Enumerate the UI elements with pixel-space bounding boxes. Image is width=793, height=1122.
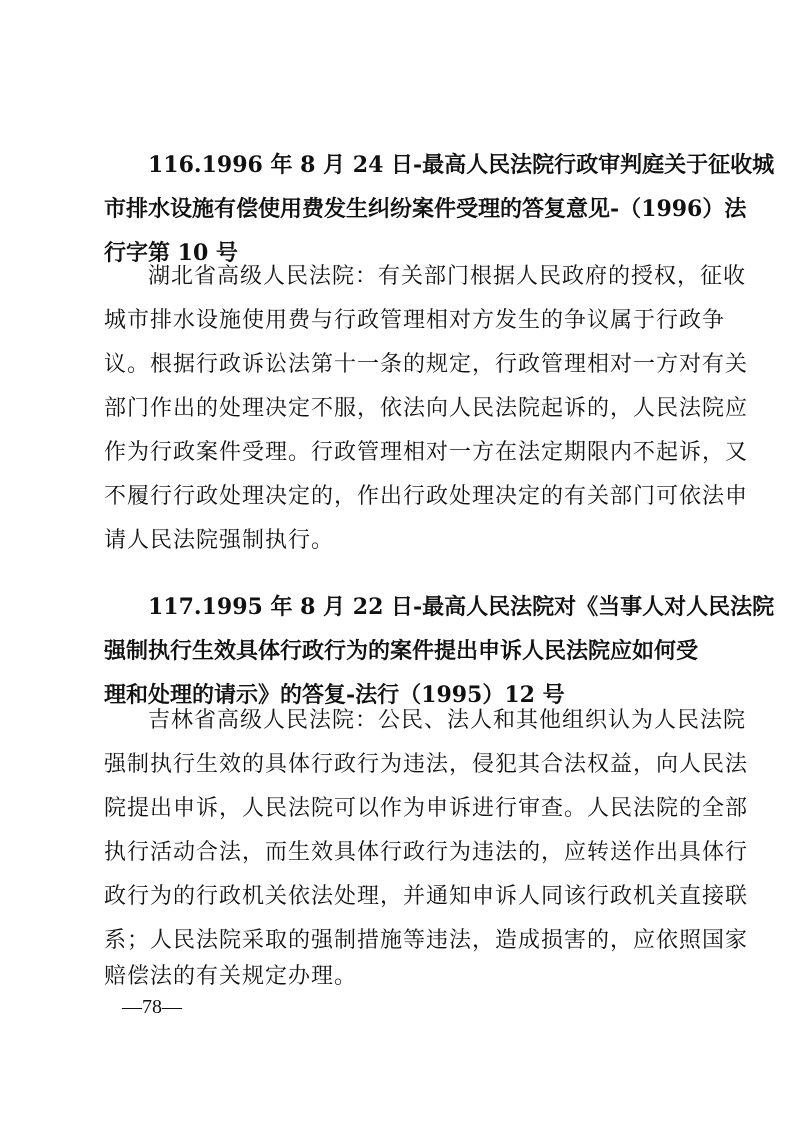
- section-heading-line: 116.1996 年 8 月 24 日-最高人民法院行政审判庭关于征收城: [104, 150, 690, 180]
- section-body-line: 政行为的行政机关依法处理，并通知申诉人同该行政机关直接联: [104, 882, 690, 912]
- section-heading-line: 强制执行生效具体行政行为的案件提出申诉人民法院应如何受: [104, 636, 690, 666]
- section-body-line: 不履行行政处理决定的，作出行政处理决定的有关部门可依法申: [104, 482, 690, 512]
- section-body-line: 执行活动合法，而生效具体行政行为违法的，应转送作出具体行: [104, 838, 690, 868]
- section-heading-line: 市排水设施有偿使用费发生纠纷案件受理的答复意见-（1996）法: [104, 194, 690, 224]
- section-body-line: 作为行政案件受理。行政管理相对一方在法定期限内不起诉，又: [104, 438, 690, 468]
- section-body-line: 系；人民法院采取的强制措施等违法，造成损害的，应依照国家: [104, 926, 690, 956]
- section-body-line: 强制执行生效的具体行政行为违法，侵犯其合法权益，向人民法: [104, 750, 690, 780]
- section-body-line: 城市排水设施使用费与行政管理相对方发生的争议属于行政争: [104, 306, 690, 336]
- page-number: —78—: [122, 995, 182, 1019]
- section-body-line: 议。根据行政诉讼法第十一条的规定，行政管理相对一方对有关: [104, 350, 690, 380]
- section-body-line: 湖北省高级人民法院：有关部门根据人民政府的授权，征收: [104, 262, 690, 292]
- section-body-line: 吉林省高级人民法院：公民、法人和其他组织认为人民法院: [104, 706, 690, 736]
- section-body-line: 部门作出的处理决定不服，依法向人民法院起诉的，人民法院应: [104, 394, 690, 424]
- section-heading-line: 117.1995 年 8 月 22 日-最高人民法院对《当事人对人民法院: [104, 592, 690, 622]
- section-body-line: 赔偿法的有关规定办理。: [104, 962, 690, 992]
- section-body-line: 请人民法院强制执行。: [104, 526, 690, 556]
- section-body-line: 院提出申诉，人民法院可以作为申诉进行审查。人民法院的全部: [104, 794, 690, 824]
